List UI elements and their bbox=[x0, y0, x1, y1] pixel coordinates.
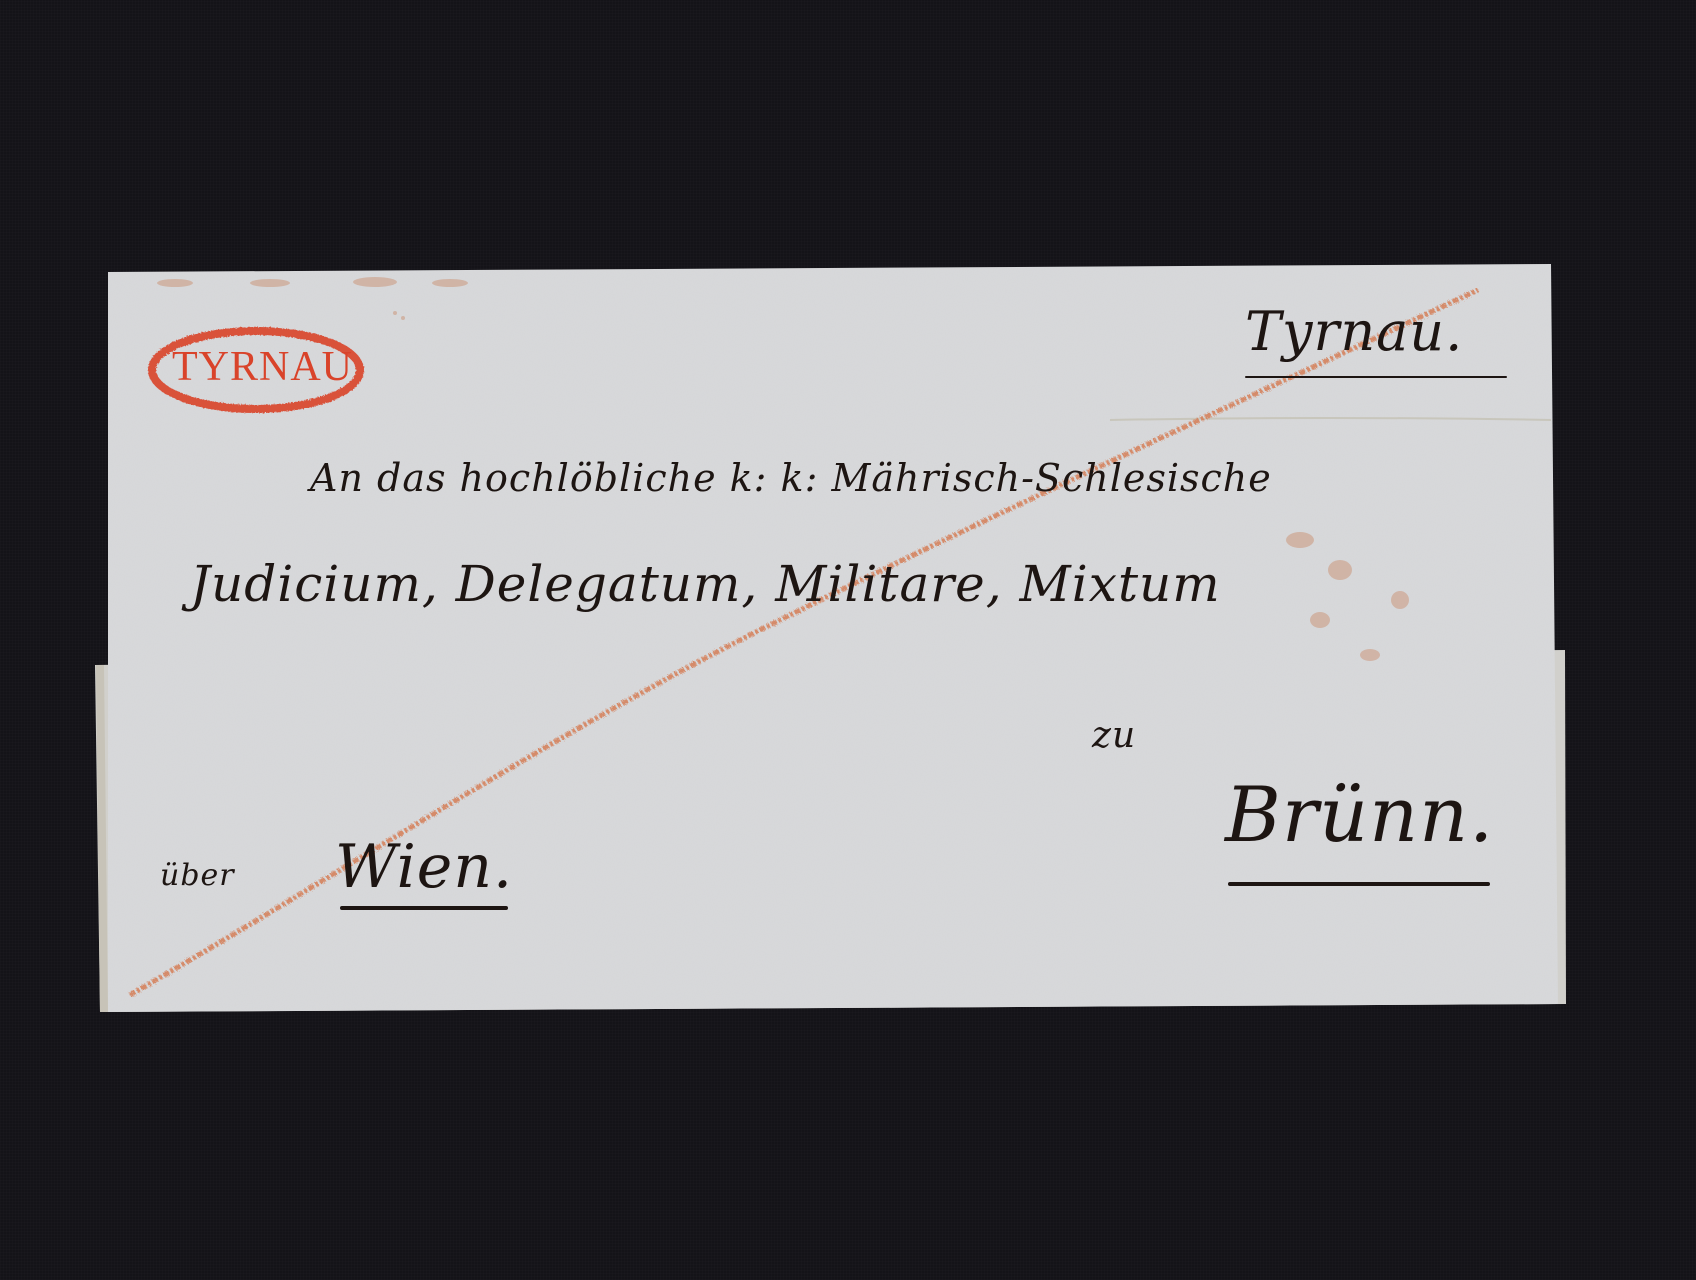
address-city-underline bbox=[1228, 882, 1490, 886]
via-label: über bbox=[160, 858, 235, 893]
sender-place: Tyrnau. bbox=[1245, 300, 1463, 363]
via-city: Wien. bbox=[335, 832, 513, 902]
sender-place-underline bbox=[1245, 376, 1507, 378]
flap-edge bbox=[100, 665, 104, 1012]
via-city-underline bbox=[340, 906, 508, 910]
letter-cover bbox=[0, 0, 1696, 1280]
address-line-1: An das hochlöbliche k: k: Mährisch-Schle… bbox=[310, 456, 1272, 500]
address-line-2: Judicium, Delegatum, Militare, Mixtum bbox=[190, 555, 1221, 613]
address-preposition: zu bbox=[1092, 715, 1136, 756]
postmark-text: TYRNAU bbox=[172, 343, 353, 391]
photo-scene: TYRNAU Tyrnau. An das hochlöbliche k: k:… bbox=[0, 0, 1696, 1280]
address-city: Brünn. bbox=[1225, 770, 1494, 859]
